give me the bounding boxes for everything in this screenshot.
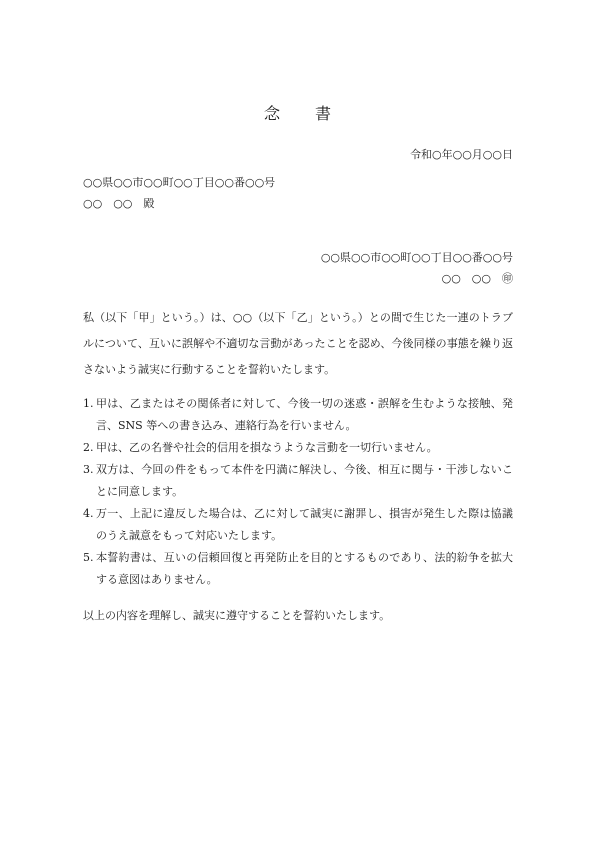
item-number: 2. (83, 437, 96, 459)
recipient-name: ○○ ○○ 殿 (83, 193, 513, 214)
item-text: 甲は、乙またはその関係者に対して、今後一切の迷惑・誤解を生むような接触、発言、S… (96, 393, 513, 437)
item-number: 3. (83, 459, 96, 503)
sender-address: ○○県○○市○○町○○丁目○○番○○号 (83, 247, 513, 268)
recipient-address: ○○県○○市○○町○○丁目○○番○○号 (83, 172, 513, 193)
sender-block: ○○県○○市○○町○○丁目○○番○○号 ○○ ○○ ㊞ (83, 247, 513, 289)
item-text: 本誓約書は、互いの信頼回復と再発防止を目的とするものであり、法的紛争を拡大する意… (96, 547, 513, 591)
closing-line: 以上の内容を理解し、誠実に遵守することを誓約いたします。 (83, 608, 513, 624)
item-number: 1. (83, 393, 96, 437)
pledge-item: 5. 本誓約書は、互いの信頼回復と再発防止を目的とするものであり、法的紛争を拡大… (83, 547, 513, 591)
item-text: 双方は、今回の件をもって本件を円満に解決し、今後、相互に関与・干渉しないことに同… (96, 459, 513, 503)
item-number: 5. (83, 547, 96, 591)
pledge-item: 4. 万一、上記に違反した場合は、乙に対して誠実に謝罪し、損害が発生した際は協議… (83, 503, 513, 547)
pledge-item: 2. 甲は、乙の名誉や社会的信用を損なうような言動を一切行いません。 (83, 437, 513, 459)
document-page: 念 書 令和○年○○月○○日 ○○県○○市○○町○○丁目○○番○○号 ○○ ○○… (0, 0, 595, 842)
intro-paragraph: 私（以下「甲」という。）は、○○（以下「乙」という。）との間で生じた一連のトラブ… (83, 305, 513, 383)
item-text: 万一、上記に違反した場合は、乙に対して誠実に謝罪し、損害が発生した際は協議のうえ… (96, 503, 513, 547)
date-line: 令和○年○○月○○日 (83, 147, 513, 163)
pledge-item: 1. 甲は、乙またはその関係者に対して、今後一切の迷惑・誤解を生むような接触、発… (83, 393, 513, 437)
item-text: 甲は、乙の名誉や社会的信用を損なうような言動を一切行いません。 (96, 437, 513, 459)
item-number: 4. (83, 503, 96, 547)
recipient-block: ○○県○○市○○町○○丁目○○番○○号 ○○ ○○ 殿 (83, 172, 513, 214)
pledge-item: 3. 双方は、今回の件をもって本件を円満に解決し、今後、相互に関与・干渉しないこ… (83, 459, 513, 503)
document-title: 念 書 (83, 105, 513, 123)
sender-name-with-seal: ○○ ○○ ㊞ (83, 268, 513, 289)
pledge-list: 1. 甲は、乙またはその関係者に対して、今後一切の迷惑・誤解を生むような接触、発… (83, 393, 513, 591)
